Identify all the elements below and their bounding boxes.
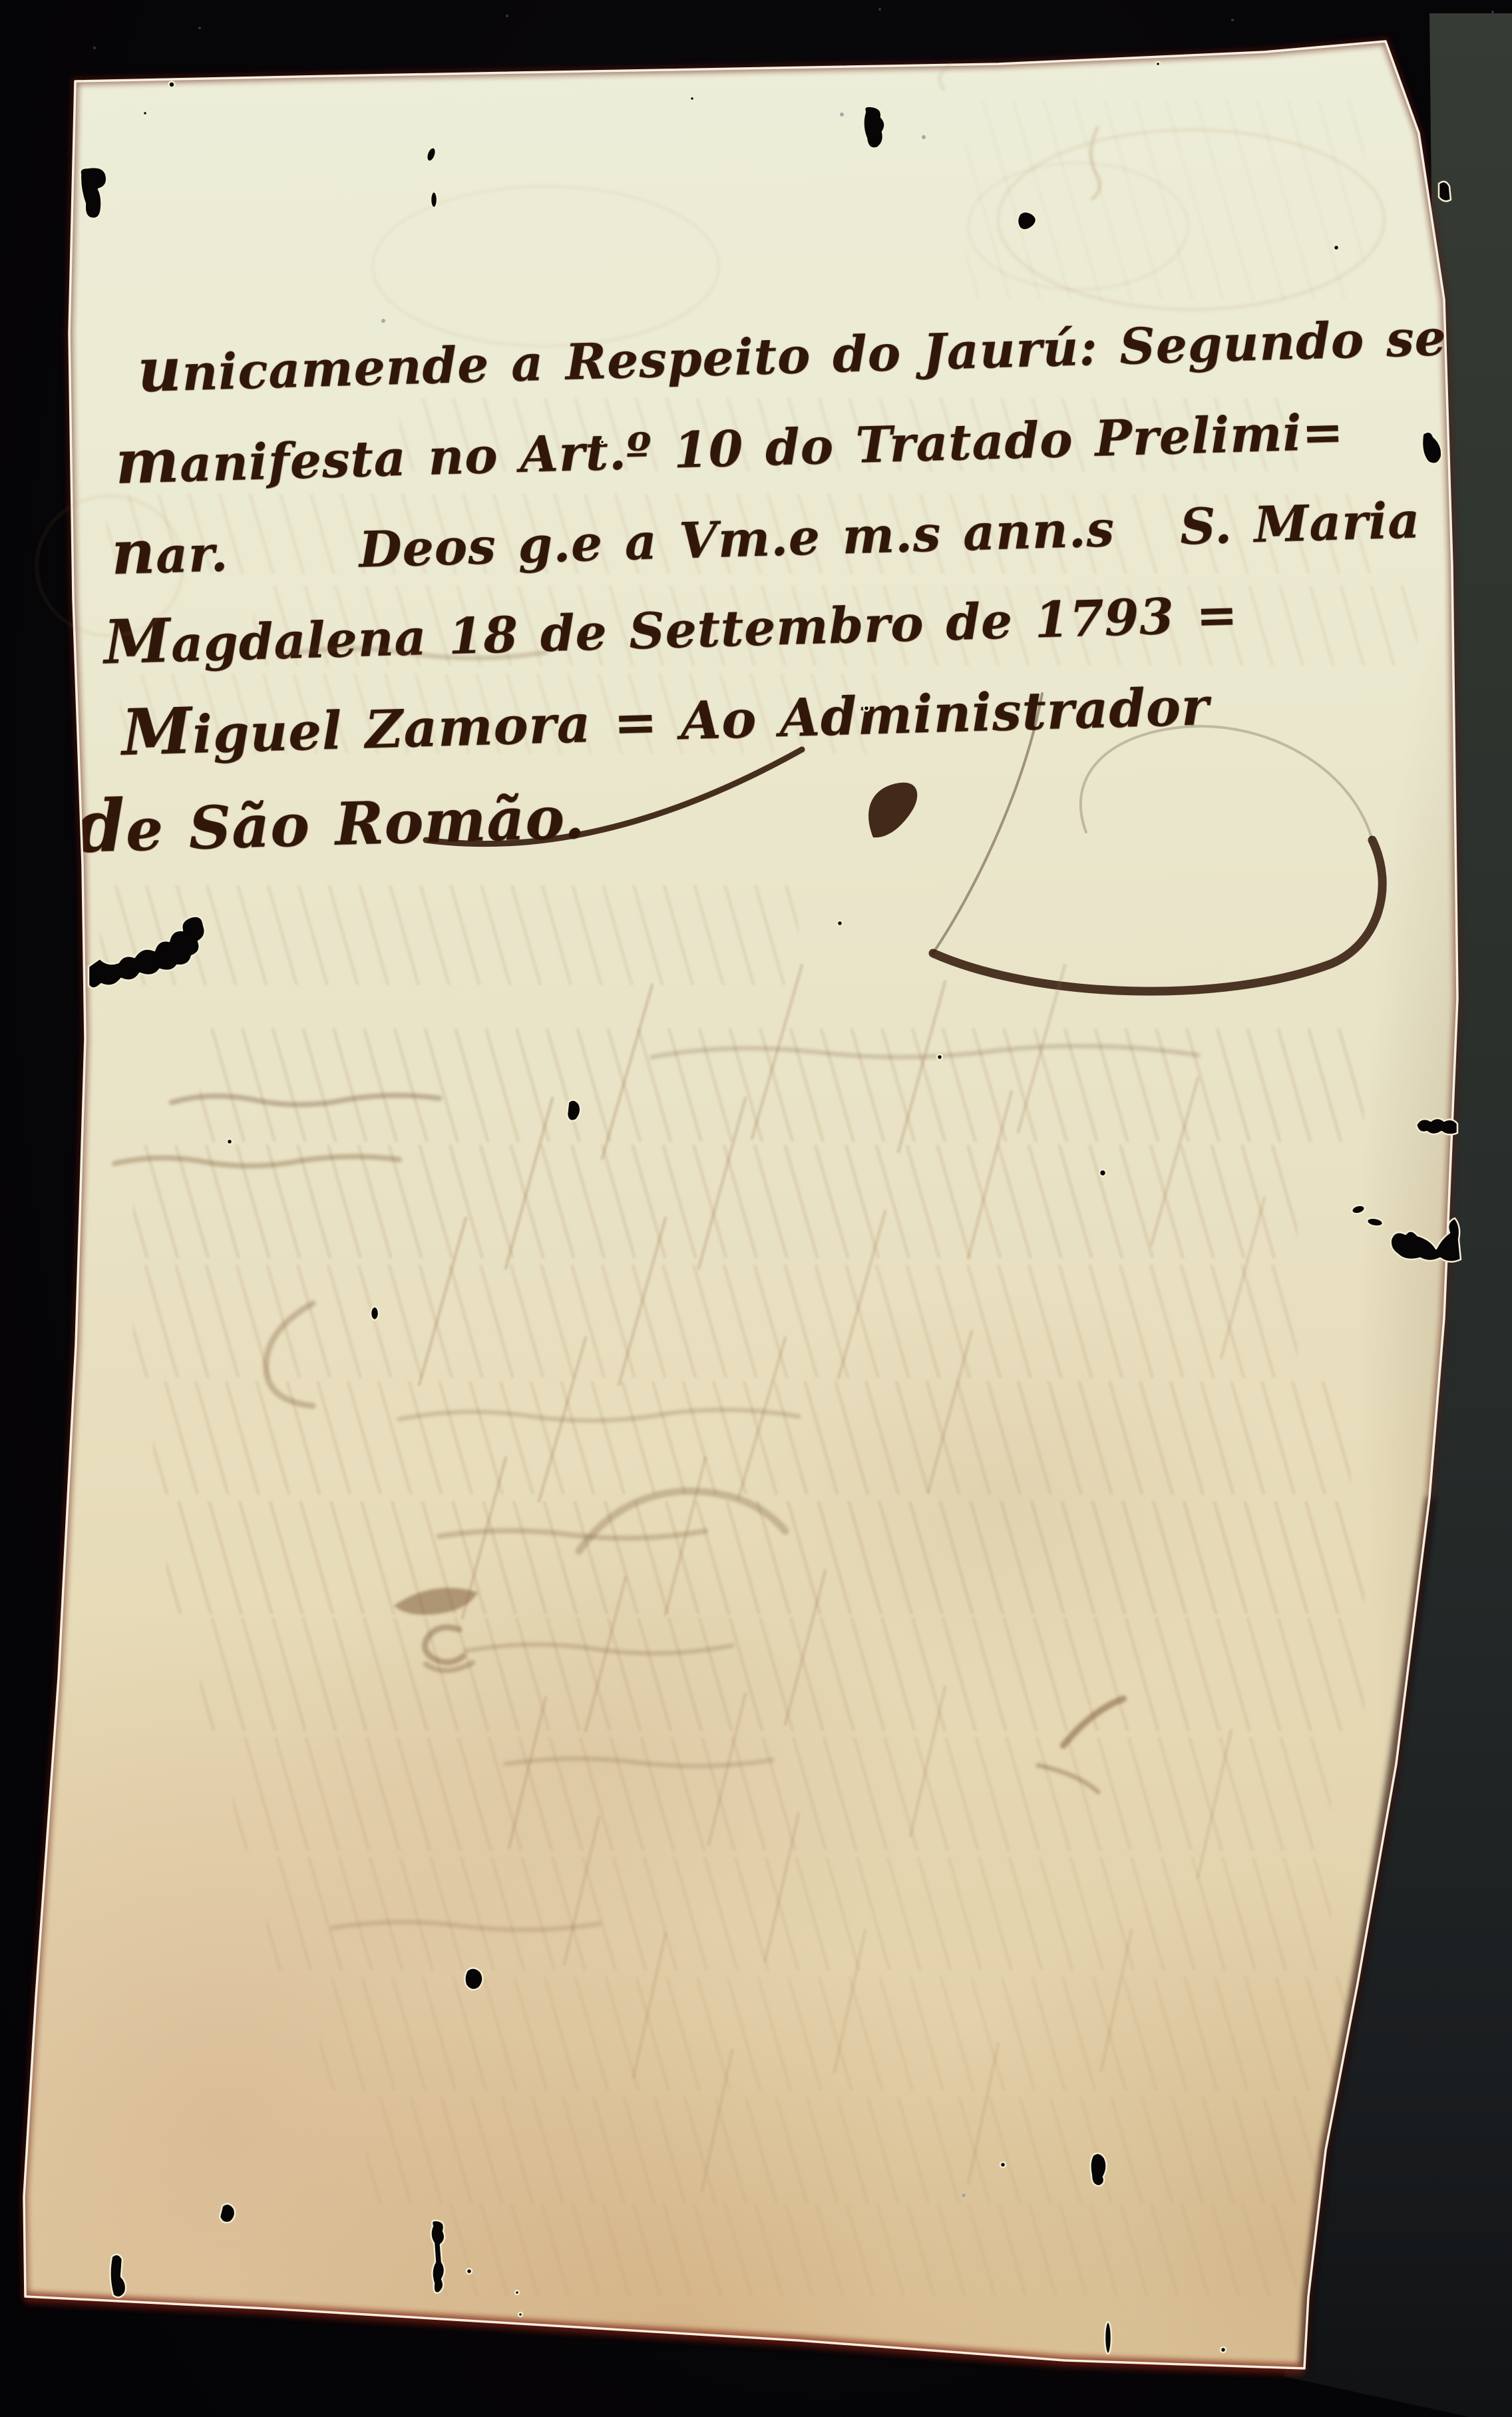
letter-text: unicamende a Respeito do Jaurú: Segundo …	[0, 0, 1512, 2417]
photo-scene: unicamende a Respeito do Jaurú: Segundo …	[0, 0, 1512, 2417]
manuscript-line-4: Magdalena 18 de Settembro de 1793 =	[103, 576, 1239, 678]
manuscript-line-6: de São Romão.	[74, 771, 586, 869]
backdrop-specks	[93, 8, 1494, 49]
manuscript-line-1: unicamende a Respeito do Jaurú: Segundo …	[136, 299, 1447, 406]
manuscript-line-2: manifesta no Art.º 10 do Tratado Prelimi…	[114, 393, 1345, 498]
manuscript-line-3: nar. Deos g.e a Vm.e m.s ann.s S. Maria	[110, 481, 1421, 588]
manuscript-line-5: Miguel Zamora = Ao Administrador	[120, 666, 1210, 770]
manuscript-page: unicamende a Respeito do Jaurú: Segundo …	[0, 0, 1512, 2417]
